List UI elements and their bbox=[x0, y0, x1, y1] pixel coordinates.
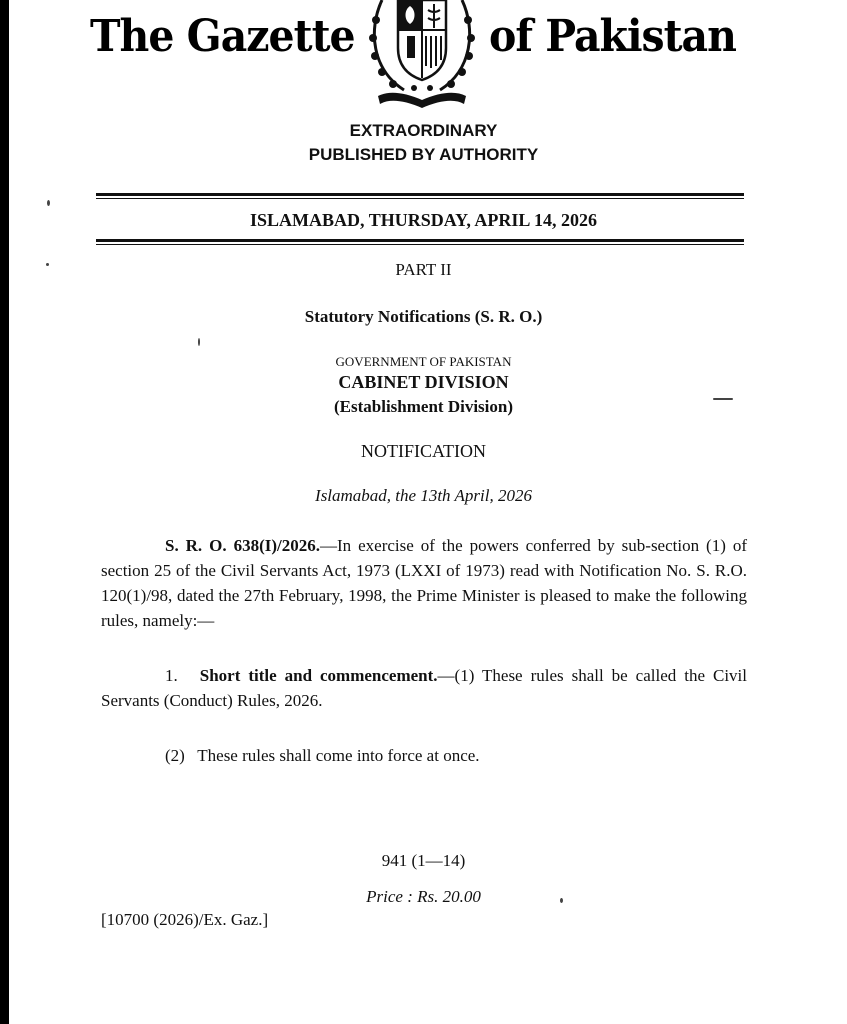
place-date: Islamabad, the 13th April, 2026 bbox=[0, 486, 847, 506]
price: Price : Rs. 20.00 bbox=[0, 887, 847, 907]
double-rule-top bbox=[96, 193, 744, 199]
division-label: CABINET DIVISION bbox=[0, 372, 847, 393]
masthead-title-left: The Gazette bbox=[90, 10, 355, 62]
government-label: GOVERNMENT OF PAKISTAN bbox=[0, 354, 847, 370]
scan-speck bbox=[713, 398, 733, 400]
scan-speck bbox=[198, 338, 200, 346]
dateline: ISLAMABAD, THURSDAY, APRIL 14, 2026 bbox=[0, 210, 847, 231]
rule-1-paragraph: 1.Short title and commencement.—(1) Thes… bbox=[101, 663, 747, 713]
print-reference: [10700 (2026)/Ex. Gaz.] bbox=[101, 910, 268, 930]
masthead-title-right: of Pakistan bbox=[489, 10, 736, 62]
subtitle-extraordinary: EXTRAORDINARY bbox=[0, 121, 847, 141]
scan-speck bbox=[46, 263, 49, 266]
notification-title: NOTIFICATION bbox=[0, 441, 847, 462]
rule-1-heading: Short title and commencement. bbox=[200, 666, 438, 685]
sro-number: S. R. O. 638(I)/2026. bbox=[165, 536, 320, 555]
rule-1-subrule-2: (2) These rules shall come into force at… bbox=[165, 743, 745, 768]
part-heading: PART II bbox=[0, 260, 847, 280]
section-heading: Statutory Notifications (S. R. O.) bbox=[0, 307, 847, 327]
scan-speck bbox=[560, 898, 563, 903]
state-emblem-icon bbox=[364, 0, 480, 110]
sub-division-label: (Establishment Division) bbox=[0, 397, 847, 417]
preamble-paragraph: S. R. O. 638(I)/2026.—In exercise of the… bbox=[101, 533, 747, 633]
scan-speck bbox=[47, 200, 50, 206]
masthead: The Gazette of Pakistan bbox=[86, 0, 766, 110]
rule-1-number: 1. bbox=[165, 666, 178, 685]
page-reference: 941 (1—14) bbox=[0, 851, 847, 871]
double-rule-bottom bbox=[96, 239, 744, 245]
subtitle-published-by-authority: PUBLISHED BY AUTHORITY bbox=[0, 145, 847, 165]
